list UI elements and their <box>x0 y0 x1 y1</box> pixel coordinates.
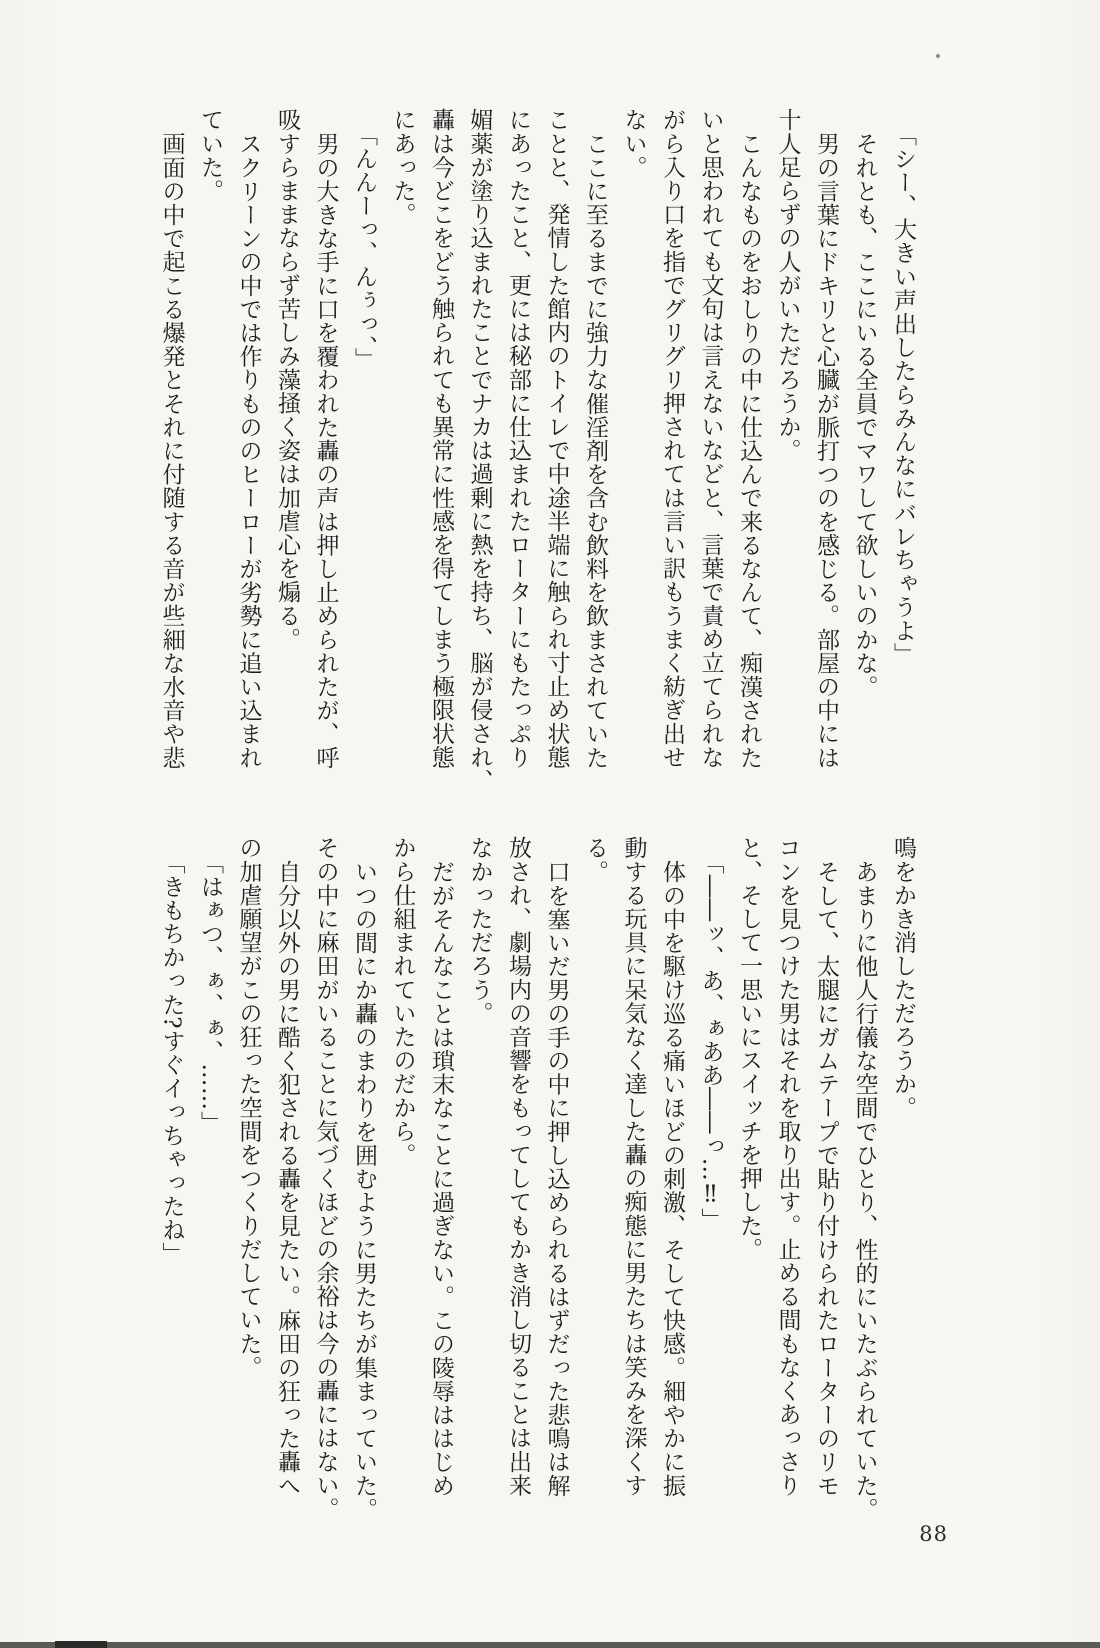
text-column: 男の大きな手に口を覆われた轟の声は押し止められたが、呼 <box>306 108 345 770</box>
text-column: 「――ッ、あ、ぁああ――っ…‼」 <box>691 836 730 1498</box>
text-column: る。 <box>576 836 615 1498</box>
scan-blob-artifact <box>55 1641 107 1648</box>
text-column: 放され、劇場内の音響をもってしてもかき消し切ることは出来 <box>499 836 538 1498</box>
text-column: こんなものをおしりの中に仕込んで来るなんて、痴漢された <box>730 108 769 770</box>
text-column: 「んんーっ、んぅっ、」 <box>345 108 384 770</box>
scan-speck-artifact <box>936 54 940 58</box>
scan-edge-artifact <box>0 1642 1100 1648</box>
text-column: 動する玩具に呆気なく達した轟の痴態に男たちは笑みを深くす <box>614 836 653 1498</box>
text-column: ない。 <box>614 108 653 770</box>
text-column: あまりに他人行儀な空間でひとり、性的にいたぶられていた。 <box>845 836 884 1498</box>
text-column: ここに至るまでに強力な催淫剤を含む飲料を飲まされていた <box>576 108 615 770</box>
text-column: 画面の中で起こる爆発とそれに付随する音が些細な水音や悲 <box>152 108 191 770</box>
text-column: 体の中を駆け巡る痛いほどの刺激、そして快感。細やかに振 <box>653 836 692 1498</box>
text-column: にあった。 <box>383 108 422 770</box>
text-column: 媚薬が塗り込まれたことでナカは過剰に熱を持ち、脳が侵され、 <box>460 108 499 770</box>
text-column: 轟は今どこをどう触られても異常に性感を得てしまう極限状態 <box>422 108 461 770</box>
text-column: そして、太腿にガムテープで貼り付けられたローターのリモ <box>807 836 846 1498</box>
text-column: ことと、発情した館内のトイレで中途半端に触られ寸止め状態 <box>537 108 576 770</box>
text-column: 口を塞いだ男の手の中に押し込められるはずだった悲鳴は解 <box>537 836 576 1498</box>
text-column: それとも、ここにいる全員でマワして欲しいのかな。 <box>845 108 884 770</box>
text-column: の加虐願望がこの狂った空間をつくりだしていた。 <box>229 836 268 1498</box>
text-column: 鳴をかき消しただろうか。 <box>884 836 923 1498</box>
text-column: 男の言葉にドキリと心臓が脈打つのを感じる。部屋の中には <box>807 108 846 770</box>
text-column: 十人足らずの人がいただろうか。 <box>768 108 807 770</box>
text-column: 自分以外の男に酷く犯される轟を見たい。麻田の狂った轟へ <box>268 836 307 1498</box>
text-column: コンを見つけた男はそれを取り出す。止める間もなくあっさり <box>768 836 807 1498</box>
text-column: なかっただろう。 <box>460 836 499 1498</box>
text-column: ていた。 <box>191 108 230 770</box>
text-column: から仕組まれていたのだから。 <box>383 836 422 1498</box>
text-column: いと思われても文句は言えないなどと、言葉で責め立てられな <box>691 108 730 770</box>
text-column: その中に麻田がいることに気づくほどの余裕は今の轟にはない。 <box>306 836 345 1498</box>
text-column: だがそんなことは瑣末なことに過ぎない。この陵辱ははじめ <box>422 836 461 1498</box>
text-column: 「シー、大きい声出したらみんなにバレちゃうよ」 <box>884 108 923 770</box>
text-column: 「きもちかった?すぐイっちゃったね」 <box>152 836 191 1498</box>
text-block-bottom: 鳴をかき消しただろうか。あまりに他人行儀な空間でひとり、性的にいたぶられていた。… <box>152 836 922 1498</box>
text-column: 「はぁつ、ぁ、ぁ、……」 <box>191 836 230 1498</box>
text-column: いつの間にか轟のまわりを囲むように男たちが集まっていた。 <box>345 836 384 1498</box>
text-column: がら入り口を指でグリグリ押されては言い訳もうまく紡ぎ出せ <box>653 108 692 770</box>
scanned-page: 「シー、大きい声出したらみんなにバレちゃうよ」それとも、ここにいる全員でマワして… <box>0 0 1100 1648</box>
page-number: 88 <box>919 1522 948 1546</box>
text-column: スクリーンの中では作りもののヒーローが劣勢に追い込まれ <box>229 108 268 770</box>
text-column: 吸すらままならず苦しみ藻掻く姿は加虐心を煽る。 <box>268 108 307 770</box>
text-column: にあったこと、更には秘部に仕込まれたローターにもたっぷり <box>499 108 538 770</box>
text-column: と、そして一思いにスイッチを押した。 <box>730 836 769 1498</box>
text-block-top: 「シー、大きい声出したらみんなにバレちゃうよ」それとも、ここにいる全員でマワして… <box>152 108 922 770</box>
